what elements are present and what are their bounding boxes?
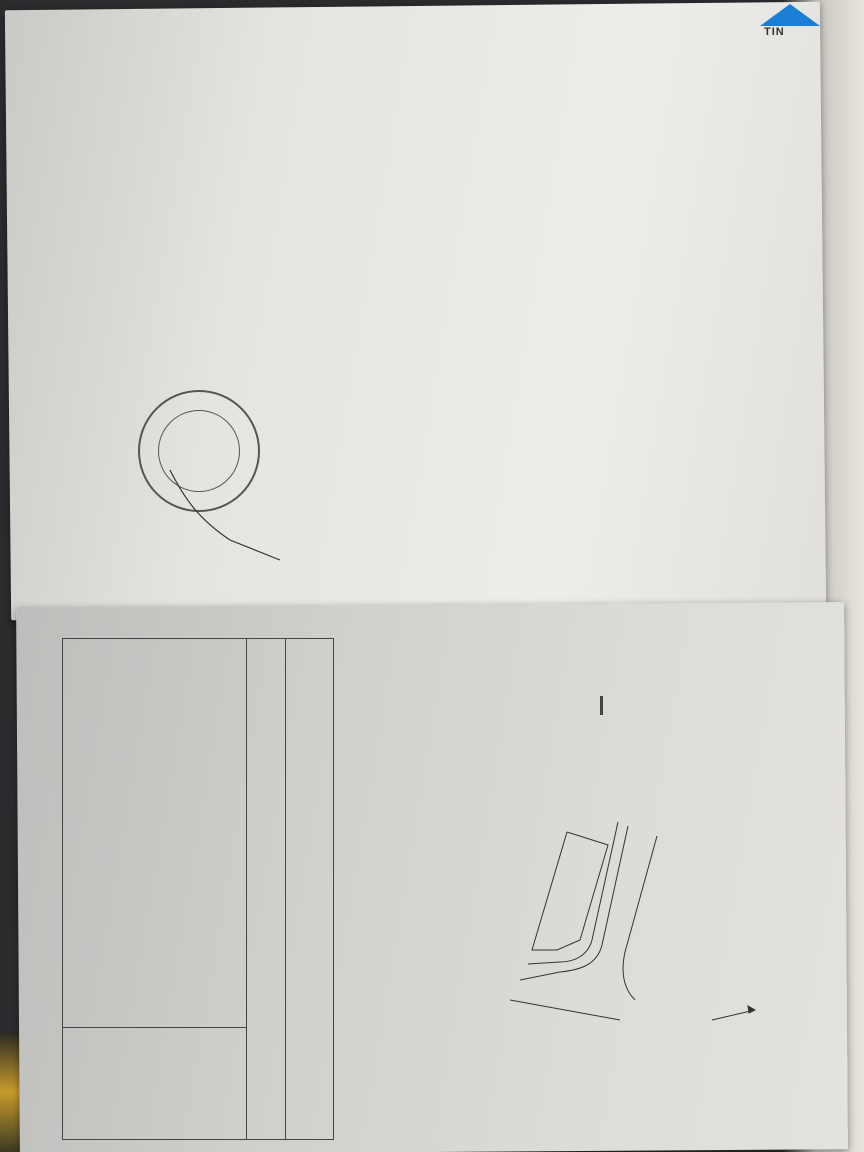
house-roof-icon [760,4,820,26]
tinbds-watermark: TIN [758,4,822,62]
logo-brand-top: TIN [764,26,822,38]
changes-table [62,638,334,1140]
